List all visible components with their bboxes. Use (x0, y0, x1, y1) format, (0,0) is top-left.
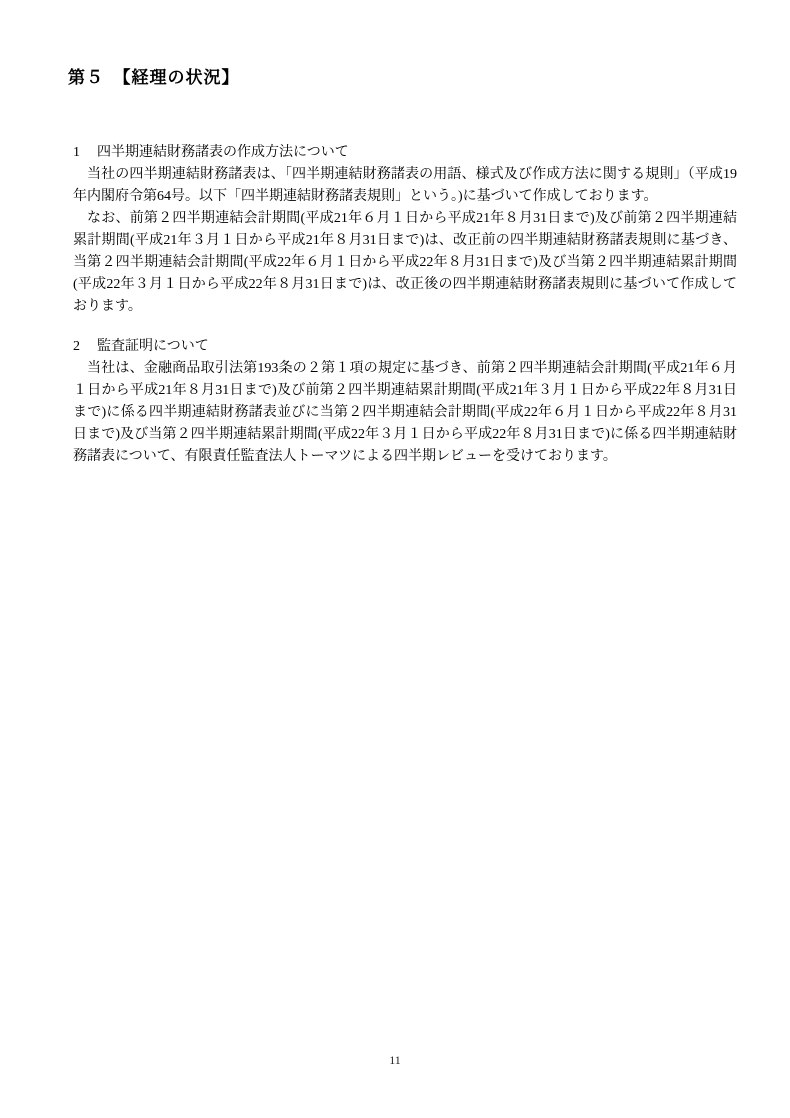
section-paragraph: 当社は、金融商品取引法第193条の２第１項の規定に基づき、前第２四半期連結会計期… (73, 358, 737, 468)
page-number: 11 (0, 1052, 790, 1068)
section-accounting-methods: 1 四半期連結財務諸表の作成方法について 当社の四半期連結財務諸表は、「四半期連… (73, 142, 737, 318)
section-paragraph: なお、前第２四半期連結会計期間(平成21年６月１日から平成21年８月31日まで)… (73, 208, 737, 318)
document-page: 第５ 【経理の状況】 1 四半期連結財務諸表の作成方法について 当社の四半期連結… (0, 0, 790, 1118)
section-number: 1 (73, 142, 80, 164)
section-number: 2 (73, 336, 80, 358)
section-heading: 2 監査証明について (73, 336, 737, 358)
section-audit-certification: 2 監査証明について 当社は、金融商品取引法第193条の２第１項の規定に基づき、… (73, 336, 737, 468)
section-heading-text: 監査証明について (97, 336, 209, 358)
section-heading: 1 四半期連結財務諸表の作成方法について (73, 142, 737, 164)
document-body: 1 四半期連結財務諸表の作成方法について 当社の四半期連結財務諸表は、「四半期連… (73, 142, 737, 468)
page-title: 第５ 【経理の状況】 (68, 66, 240, 90)
section-heading-text: 四半期連結財務諸表の作成方法について (97, 142, 349, 164)
section-paragraph: 当社の四半期連結財務諸表は、「四半期連結財務諸表の用語、様式及び作成方法に関する… (73, 164, 737, 208)
